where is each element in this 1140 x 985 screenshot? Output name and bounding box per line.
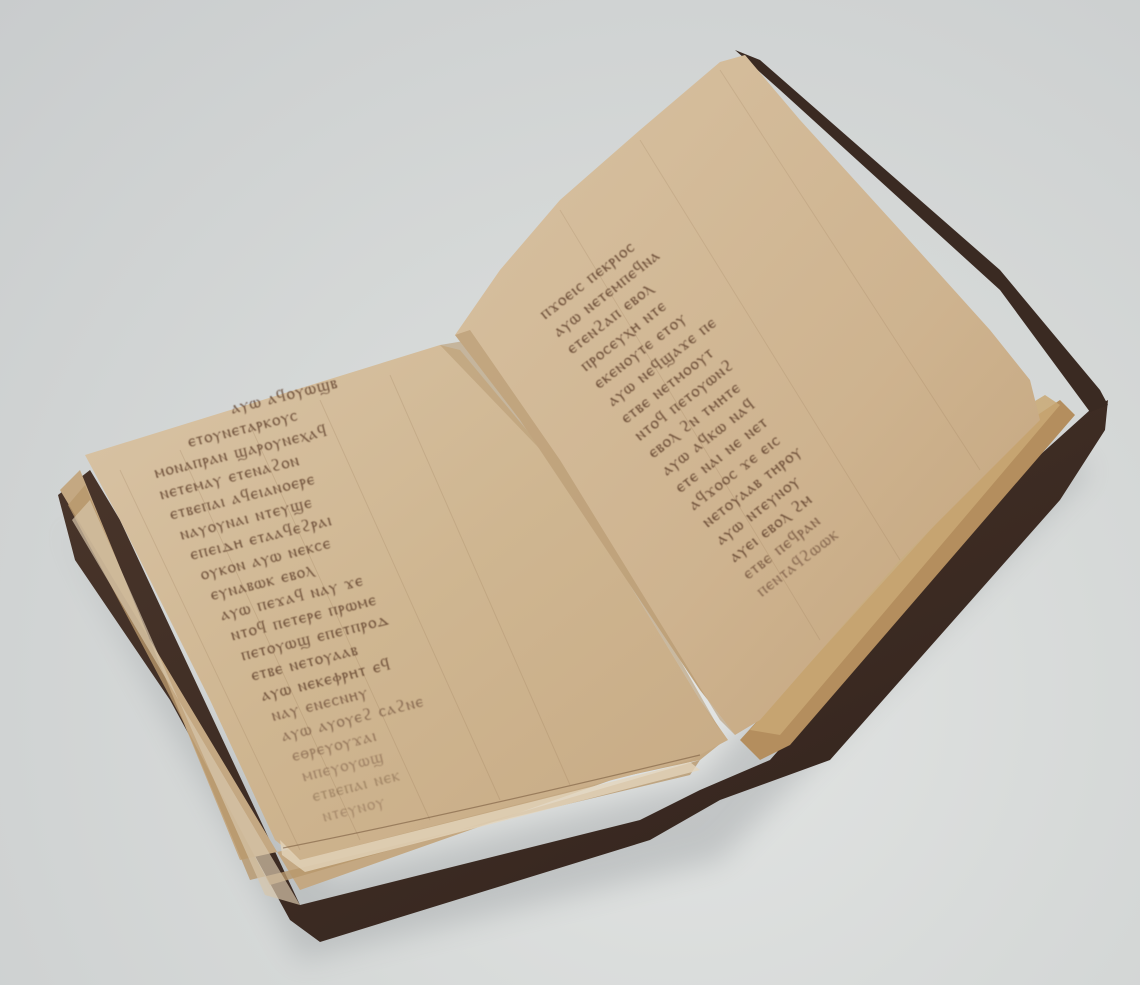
photo-scene: ⲁⲩⲱ ⲁϥⲟⲩⲱϣⲃ ⲉⲧⲟⲩⲛⲉⲧⲁⲣⲕⲟⲩⲥ ⲙⲟⲛⲁⲡⲣⲁⲛ ϣⲁⲣⲟⲩ…	[0, 0, 1140, 985]
codex-illustration: ⲁⲩⲱ ⲁϥⲟⲩⲱϣⲃ ⲉⲧⲟⲩⲛⲉⲧⲁⲣⲕⲟⲩⲥ ⲙⲟⲛⲁⲡⲣⲁⲛ ϣⲁⲣⲟⲩ…	[0, 0, 1140, 985]
